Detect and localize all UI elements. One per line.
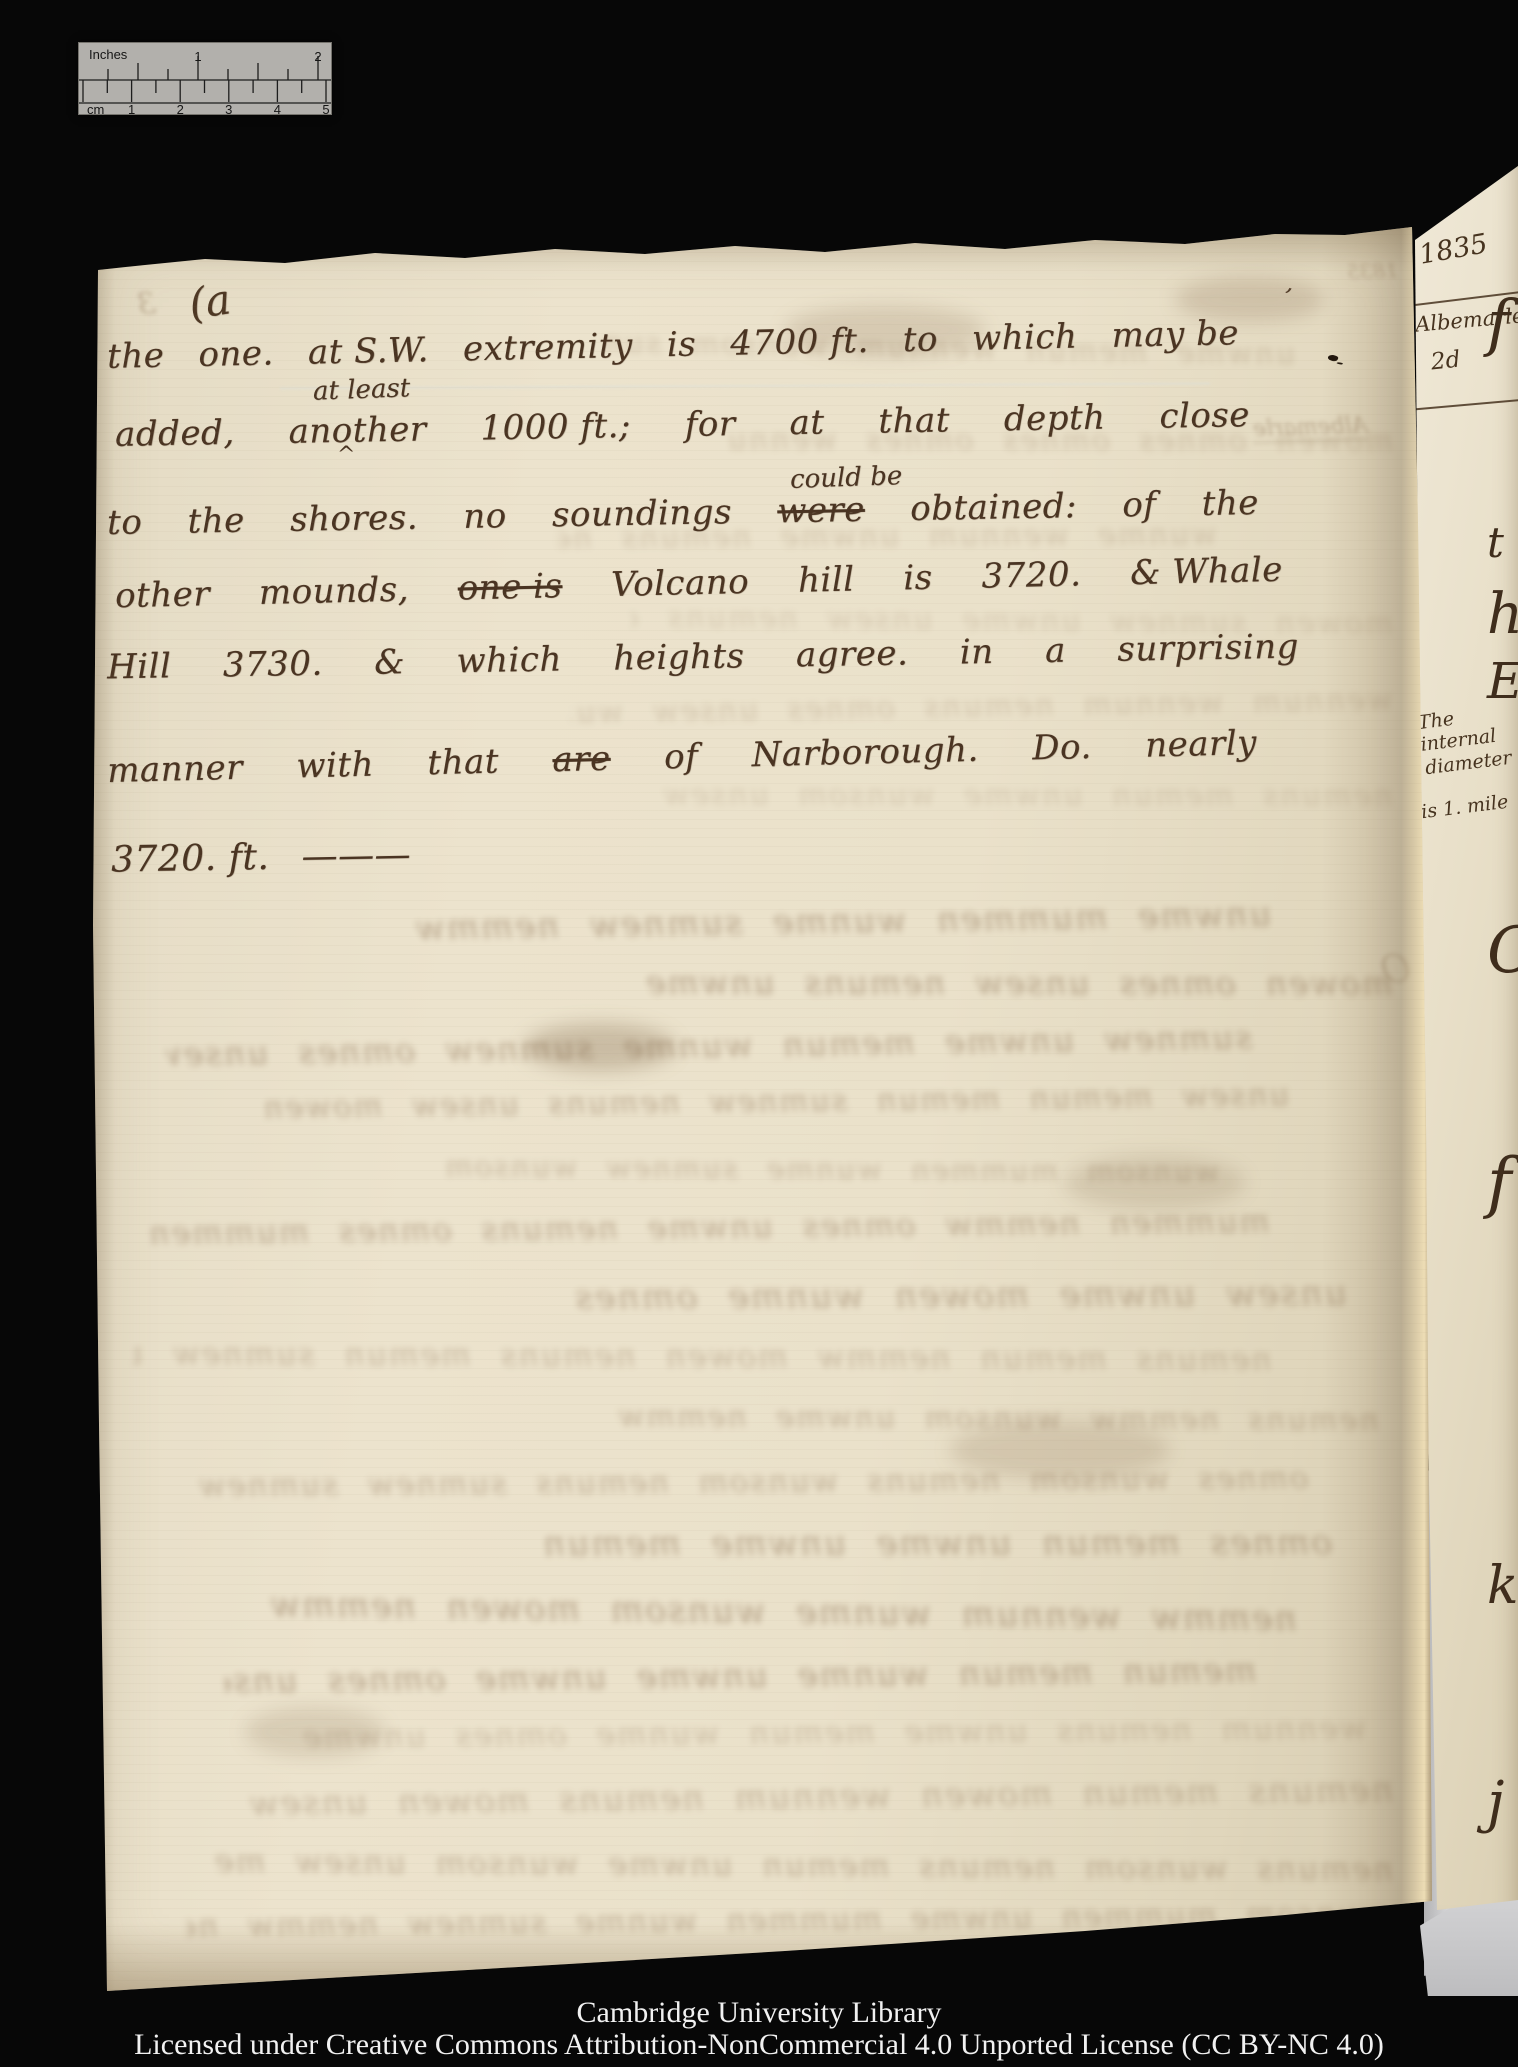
handwritten-word: hill xyxy=(797,559,854,600)
cutoff-letter: C xyxy=(1487,914,1518,988)
handwritten-word: manner xyxy=(107,748,244,791)
handwritten-word: close xyxy=(1159,395,1250,437)
cutoff-letter: f xyxy=(1487,286,1510,359)
cutoff-letter: j xyxy=(1487,1770,1504,1835)
insertion-caret: ^ xyxy=(337,443,355,468)
cutoff-letter: E xyxy=(1487,652,1518,710)
ghost-offset-text: 3 xyxy=(136,287,156,323)
handwritten-word: which xyxy=(456,639,562,681)
handwritten-word: is xyxy=(903,558,933,599)
ruler-number: 3 xyxy=(225,102,232,115)
caption-license: Licensed under Creative Commons Attribut… xyxy=(0,2030,1518,2060)
handwritten-word: may be xyxy=(1111,313,1239,356)
cutoff-letter: f xyxy=(1487,1144,1511,1221)
ruler-number: 1 xyxy=(194,49,201,64)
handwritten-word: ——— xyxy=(301,834,411,877)
handwritten-word: no xyxy=(463,496,507,537)
handwritten-word: agree. xyxy=(796,633,909,675)
handwritten-word: depth xyxy=(1003,398,1105,440)
handwritten-word: which xyxy=(972,317,1078,359)
manuscript-page: unwme memun wennum wunsom sumnew wunsomm… xyxy=(85,225,1432,1992)
handwritten-word: in xyxy=(959,632,993,673)
handwritten-word: 3730. xyxy=(223,644,324,686)
handwritten-word: of xyxy=(1122,485,1157,526)
handwritten-word: & xyxy=(374,642,405,683)
handwritten-word: another xyxy=(288,409,427,451)
handwritten-word: heights xyxy=(613,636,745,678)
handwritten-word: & Whale xyxy=(1130,550,1284,593)
handwritten-word: surprising xyxy=(1117,627,1299,670)
handwritten-word: is xyxy=(666,325,696,366)
handwritten-word: obtained: xyxy=(910,486,1077,529)
handwritten-word: the xyxy=(187,501,245,542)
ruler-number: 1 xyxy=(128,102,135,115)
cutoff-letter: k xyxy=(1487,1556,1518,1616)
handwritten-word: added, xyxy=(115,413,235,455)
handwriting-line: theone.at S.W.extremityis4700 ft.towhich… xyxy=(107,313,1240,377)
ruler-cm-label: cm xyxy=(87,102,104,115)
handwritten-word: Narborough. xyxy=(751,730,979,776)
handwriting-line: totheshores.nosoundingswereobtained:ofth… xyxy=(107,483,1260,543)
cutoff-letter: h xyxy=(1487,582,1518,647)
handwritten-word: the xyxy=(107,336,165,377)
handwritten-word: nearly xyxy=(1145,723,1258,766)
handwritten-word: at xyxy=(789,403,825,444)
ruler-number: 4 xyxy=(274,102,281,115)
handwritten-word: Hill xyxy=(107,646,172,687)
handwritten-word: at S.W. xyxy=(307,330,429,373)
caption-institution: Cambridge University Library xyxy=(0,1998,1518,2028)
handwritten-word: extremity xyxy=(462,326,633,370)
handwritten-word: 1000 ft.; xyxy=(480,406,631,449)
ghost-offset-text: 1835 xyxy=(1347,258,1399,284)
handwriting-line: mannerwiththatareofNarborough.Do.nearly xyxy=(107,723,1258,791)
cutoff-letter: t xyxy=(1487,518,1504,567)
measurement-ruler: Inches12cm12345 xyxy=(78,42,332,115)
handwritten-word: Volcano xyxy=(611,562,750,605)
handwritten-word: 3720. ft. xyxy=(111,837,270,881)
handwritten-word: were xyxy=(777,490,865,532)
handwriting-layer: theone.at S.W.extremityis4700 ft.towhich… xyxy=(85,225,1432,1992)
handwritten-word: that xyxy=(878,400,950,441)
handwritten-word: for xyxy=(684,404,736,445)
handwritten-word: are xyxy=(552,739,611,780)
ruler-number: 5 xyxy=(322,102,329,115)
scan-photo: Inches12cm12345 1835 Albemarle 2d The in… xyxy=(0,0,1518,2067)
handwritten-word: with xyxy=(296,745,375,787)
handwritten-word: shores. xyxy=(290,498,419,540)
ghost-offset-text: O xyxy=(1379,946,1412,991)
handwritten-word: 3720. xyxy=(981,554,1082,596)
handwritten-word: 4700 ft. xyxy=(730,321,869,364)
ghost-offset-text: Albemarle xyxy=(1253,413,1368,444)
handwritten-word: one is xyxy=(457,566,563,608)
handwritten-word: to xyxy=(107,502,143,543)
handwritten-word: soundings xyxy=(552,492,733,535)
interlinear-insertion: at least xyxy=(313,373,411,406)
handwritten-word: to xyxy=(902,319,938,360)
ruler-number: 2 xyxy=(177,102,184,115)
handwritten-word: the xyxy=(1201,483,1259,524)
handwriting-line: othermounds,one isVolcanohillis3720.& Wh… xyxy=(115,550,1284,616)
handwriting-line: added,another1000 ft.;foratthatdepthclos… xyxy=(115,395,1251,455)
handwritten-word: of xyxy=(664,737,699,778)
ruler-inches-label: Inches xyxy=(89,47,128,62)
handwriting-line: Hill3730.&whichheightsagree.inasurprisin… xyxy=(107,627,1300,688)
interlinear-insertion: could be xyxy=(790,461,903,495)
ruler-number: 2 xyxy=(314,49,321,64)
handwritten-word: that xyxy=(427,741,499,783)
handwritten-word: a xyxy=(1045,631,1066,671)
handwritten-word: other xyxy=(115,574,211,616)
handwritten-word: Do. xyxy=(1032,727,1092,768)
handwritten-word: mounds, xyxy=(258,570,409,613)
handwritten-word: one. xyxy=(198,333,274,375)
handwriting-line: 3720. ft.——— xyxy=(111,834,412,880)
